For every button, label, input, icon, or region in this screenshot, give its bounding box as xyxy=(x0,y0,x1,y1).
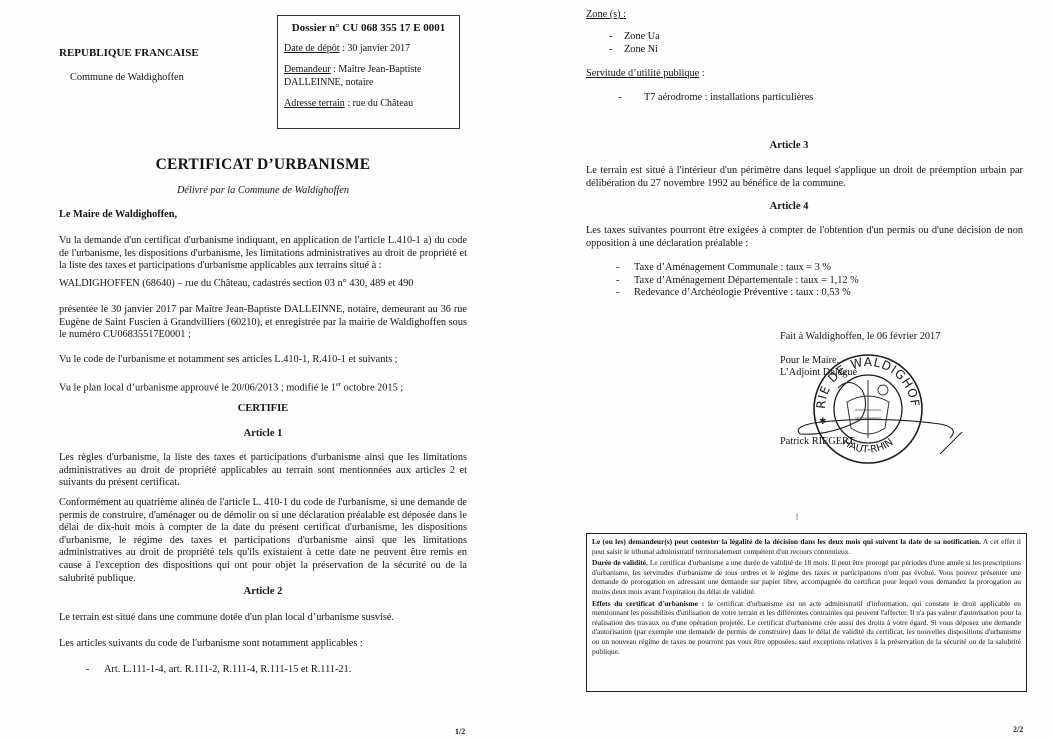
zones-list: -Zone Ua -Zone Ni xyxy=(624,31,824,56)
list-item: -T7 aérodrome : installations particuliè… xyxy=(644,92,944,105)
dash-bullet: - xyxy=(616,287,619,300)
presentee-paragraph: présentée le 30 janvier 2017 par Maître … xyxy=(59,304,467,342)
notice-validite: Durée de validité. Le certificat d'urban… xyxy=(592,558,1021,596)
date-depot-label: Date de dépôt xyxy=(284,43,340,54)
list-item: -Redevance d’Archéologie Préventive : ta… xyxy=(634,287,974,300)
servitudes-list: -T7 aérodrome : installations particuliè… xyxy=(644,92,944,105)
notice-contestation: Le (ou les) demandeur(s) peut contester … xyxy=(592,537,1021,556)
page-number: 2/2 xyxy=(1013,725,1023,734)
document-subtitle: Délivré par la Commune de Waldighoffen xyxy=(0,185,526,196)
demandeur: Demandeur : Maître Jean-Baptiste DALLEIN… xyxy=(284,64,434,89)
list-item: -Taxe d’Aménagement Communale : taux = 3… xyxy=(634,262,974,275)
vu-demande-paragraph: Vu la demande d'un certificat d'urbanism… xyxy=(59,235,467,273)
adresse-value: : rue du Château xyxy=(345,98,413,109)
article-1-paragraph-1: Les règles d'urbanisme, la liste des tax… xyxy=(59,452,467,490)
dossier-info-box: Dossier n° CU 068 355 17 E 0001 Date de … xyxy=(277,15,460,129)
article-1-heading: Article 1 xyxy=(0,428,526,439)
date-depot-value: : 30 janvier 2017 xyxy=(340,43,411,54)
dash-bullet: - xyxy=(616,275,619,288)
zones-label: Zone (s) : xyxy=(586,9,626,22)
article-3-paragraph: Le terrain est situé à l'intérieur d'un … xyxy=(586,165,1023,190)
dossier-number: Dossier n° CU 068 355 17 E 0001 xyxy=(284,22,453,34)
servitude-label-text: Servitude d’utilité publique xyxy=(586,68,699,79)
adresse-label: Adresse terrain xyxy=(284,98,345,109)
article-2-paragraph-1: Le terrain est situé dans une commune do… xyxy=(59,612,467,625)
article-4-paragraph: Les taxes suivantes pourront être exigée… xyxy=(586,225,1023,250)
vu-code-paragraph: Vu le code de l'urbanisme et notamment s… xyxy=(59,354,467,367)
signature-scribble-icon xyxy=(790,376,970,466)
terrain-location: WALDIGHOFFEN (68640) – rue du Château, c… xyxy=(59,278,467,291)
list-item: -Taxe d’Aménagement Départementale : tau… xyxy=(634,275,974,288)
taxes-list: -Taxe d’Aménagement Communale : taux = 3… xyxy=(634,262,974,300)
article-1-paragraph-2: Conformément au quatrième alinéa de l'ar… xyxy=(59,497,467,585)
article-2-paragraph-2: Les articles suivants du code de l'urban… xyxy=(59,638,467,651)
dash-bullet: - xyxy=(609,44,612,57)
commune-name: Commune de Waldighoffen xyxy=(70,72,184,83)
republique-header: REPUBLIQUE FRANCAISE xyxy=(59,47,199,59)
vu-plan-text: Vu le plan local d’urbanisme approuvé le… xyxy=(59,382,336,393)
list-item: -Zone Ni xyxy=(624,44,824,57)
adresse-terrain: Adresse terrain : rue du Château xyxy=(284,98,459,110)
scan-mark: ǀ xyxy=(796,512,798,523)
dash-bullet: - xyxy=(618,92,621,105)
demandeur-label: Demandeur xyxy=(284,64,331,75)
maire-heading: Le Maire de Waldighoffen, xyxy=(59,209,467,222)
date-depot: Date de dépôt : 30 janvier 2017 xyxy=(284,43,459,55)
article-3-heading: Article 3 xyxy=(526,140,1052,151)
list-item: -Zone Ua xyxy=(624,31,824,44)
vu-plan-paragraph: Vu le plan local d’urbanisme approuvé le… xyxy=(59,379,467,395)
document-title: CERTIFICAT D’URBANISME xyxy=(0,156,526,174)
list-item: -Art. L.111-1-4, art. R.111-2, R.111-4, … xyxy=(104,664,464,677)
signature-place-date: Fait à Waldighoffen, le 06 février 2017 xyxy=(780,331,940,344)
page-number: 1/2 xyxy=(455,727,465,736)
servitude-label: Servitude d’utilité publique : xyxy=(586,68,705,81)
notice-effets: Effets du certificat d'urbanisme : le ce… xyxy=(592,599,1021,657)
document-page-2: Zone (s) : -Zone Ua -Zone Ni Servitude d… xyxy=(526,0,1052,738)
article-4-heading: Article 4 xyxy=(526,201,1052,212)
article-2-heading: Article 2 xyxy=(0,586,526,597)
dash-bullet: - xyxy=(616,262,619,275)
certifie-heading: CERTIFIE xyxy=(0,403,526,414)
dash-bullet: - xyxy=(609,31,612,44)
document-page-1: REPUBLIQUE FRANCAISE Commune de Waldigho… xyxy=(0,0,526,738)
dash-bullet: - xyxy=(86,664,89,677)
legal-notice-box: Le (ou les) demandeur(s) peut contester … xyxy=(586,533,1027,692)
vu-plan-text-end: octobre 2015 ; xyxy=(341,382,403,393)
article-2-list: -Art. L.111-1-4, art. R.111-2, R.111-4, … xyxy=(104,664,464,677)
